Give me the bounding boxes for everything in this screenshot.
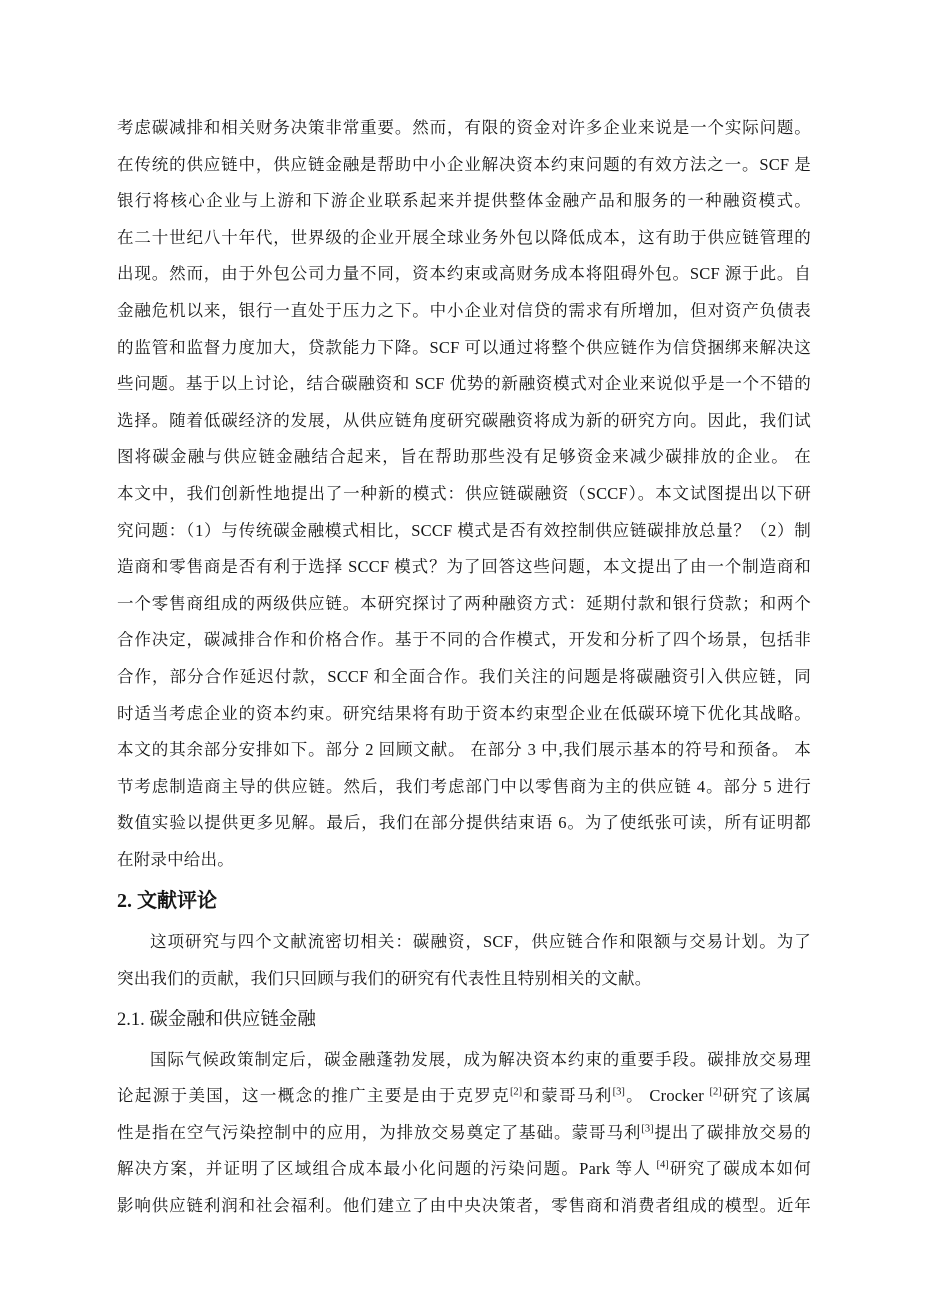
- subsection-heading: 2.1. 碳金融和供应链金融: [117, 998, 811, 1042]
- paragraph: 考虑碳减排和相关财务决策非常重要。然而，有限的资金对许多企业来说是一个实际问题。…: [117, 110, 811, 878]
- citation-superscript: [2]: [510, 1087, 522, 1098]
- text-line: 性是指在空气污染控制中的应用，为排放交易奠定了基础。蒙哥马利[3]提出了碳排放交…: [117, 1115, 811, 1152]
- text-line: 一个零售商组成的两级供应链。本研究探讨了两种融资方式：延期付款和银行贷款；和两个: [117, 586, 811, 623]
- text-line: 考虑碳减排和相关财务决策非常重要。然而，有限的资金对许多企业来说是一个实际问题。: [117, 110, 811, 147]
- citation-superscript: [2]: [709, 1087, 721, 1098]
- text-line: 出现。然而，由于外包公司力量不同，资本约束或高财务成本将阻碍外包。SCF 源于此…: [117, 256, 811, 293]
- text-line: 突出我们的贡献，我们只回顾与我们的研究有代表性且特别相关的文献。: [117, 961, 811, 998]
- text-line: 解决方案，并证明了区域组合成本最小化问题的污染问题。Park 等人 [4]研究了…: [117, 1151, 811, 1188]
- text-line: 时适当考虑企业的资本约束。研究结果将有助于资本约束型企业在低碳环境下优化其战略。: [117, 696, 811, 733]
- text-line: 究问题：（1）与传统碳金融模式相比，SCCF 模式是否有效控制供应链碳排放总量？…: [117, 513, 811, 550]
- text-line: 些问题。基于以上讨论，结合碳融资和 SCF 优势的新融资模式对企业来说似乎是一个…: [117, 366, 811, 403]
- text-line: 的监管和监督力度加大，贷款能力下降。SCF 可以通过将整个供应链作为信贷捆绑来解…: [117, 330, 811, 367]
- text-line: 论起源于美国，这一概念的推广主要是由于克罗克[2]和蒙哥马利[3]。 Crock…: [117, 1078, 811, 1115]
- text-line: 影响供应链利润和社会福利。他们建立了由中央决策者，零售商和消费者组成的模型。近年: [117, 1188, 811, 1225]
- citation-superscript: [4]: [657, 1160, 669, 1171]
- text-line: 合作，部分合作延迟付款，SCCF 和全面合作。我们关注的问题是将碳融资引入供应链…: [117, 659, 811, 696]
- text-line: 银行将核心企业与上游和下游企业联系起来并提供整体金融产品和服务的一种融资模式。: [117, 183, 811, 220]
- text-line: 合作决定，碳减排合作和价格合作。基于不同的合作模式，开发和分析了四个场景，包括非: [117, 622, 811, 659]
- document-page: 考虑碳减排和相关财务决策非常重要。然而，有限的资金对许多企业来说是一个实际问题。…: [0, 0, 926, 1309]
- text-line: 在二十世纪八十年代，世界级的企业开展全球业务外包以降低成本，这有助于供应链管理的: [117, 220, 811, 257]
- citation-superscript: [3]: [641, 1123, 653, 1134]
- citation-superscript: [3]: [613, 1087, 625, 1098]
- section-heading: 2. 文献评论: [117, 878, 811, 924]
- text-line: 国际气候政策制定后，碳金融蓬勃发展，成为解决资本约束的重要手段。碳排放交易理: [117, 1042, 811, 1079]
- text-line: 数值实验以提供更多见解。最后，我们在部分提供结束语 6。为了使纸张可读，所有证明…: [117, 805, 811, 842]
- text-line: 选择。随着低碳经济的发展，从供应链角度研究碳融资将成为新的研究方向。因此，我们试: [117, 403, 811, 440]
- text-line: 造商和零售商是否有利于选择 SCCF 模式？为了回答这些问题，本文提出了由一个制…: [117, 549, 811, 586]
- text-line: 在附录中给出。: [117, 842, 811, 879]
- paragraph: 国际气候政策制定后，碳金融蓬勃发展，成为解决资本约束的重要手段。碳排放交易理论起…: [117, 1042, 811, 1225]
- text-line: 本文的其余部分安排如下。部分 2 回顾文献。 在部分 3 中,我们展示基本的符号…: [117, 732, 811, 769]
- text-line: 在传统的供应链中，供应链金融是帮助中小企业解决资本约束问题的有效方法之一。SCF…: [117, 147, 811, 184]
- text-line: 本文中，我们创新性地提出了一种新的模式：供应链碳融资（SCCF）。本文试图提出以…: [117, 476, 811, 513]
- text-line: 金融危机以来，银行一直处于压力之下。中小企业对信贷的需求有所增加，但对资产负债表: [117, 293, 811, 330]
- document-content: 考虑碳减排和相关财务决策非常重要。然而，有限的资金对许多企业来说是一个实际问题。…: [117, 110, 811, 1225]
- paragraph: 这项研究与四个文献流密切相关：碳融资，SCF，供应链合作和限额与交易计划。为了突…: [117, 924, 811, 997]
- text-line: 节考虑制造商主导的供应链。然后，我们考虑部门中以零售商为主的供应链 4。部分 5…: [117, 769, 811, 806]
- text-line: 图将碳金融与供应链金融结合起来，旨在帮助那些没有足够资金来减少碳排放的企业。 在: [117, 439, 811, 476]
- text-line: 这项研究与四个文献流密切相关：碳融资，SCF，供应链合作和限额与交易计划。为了: [117, 924, 811, 961]
